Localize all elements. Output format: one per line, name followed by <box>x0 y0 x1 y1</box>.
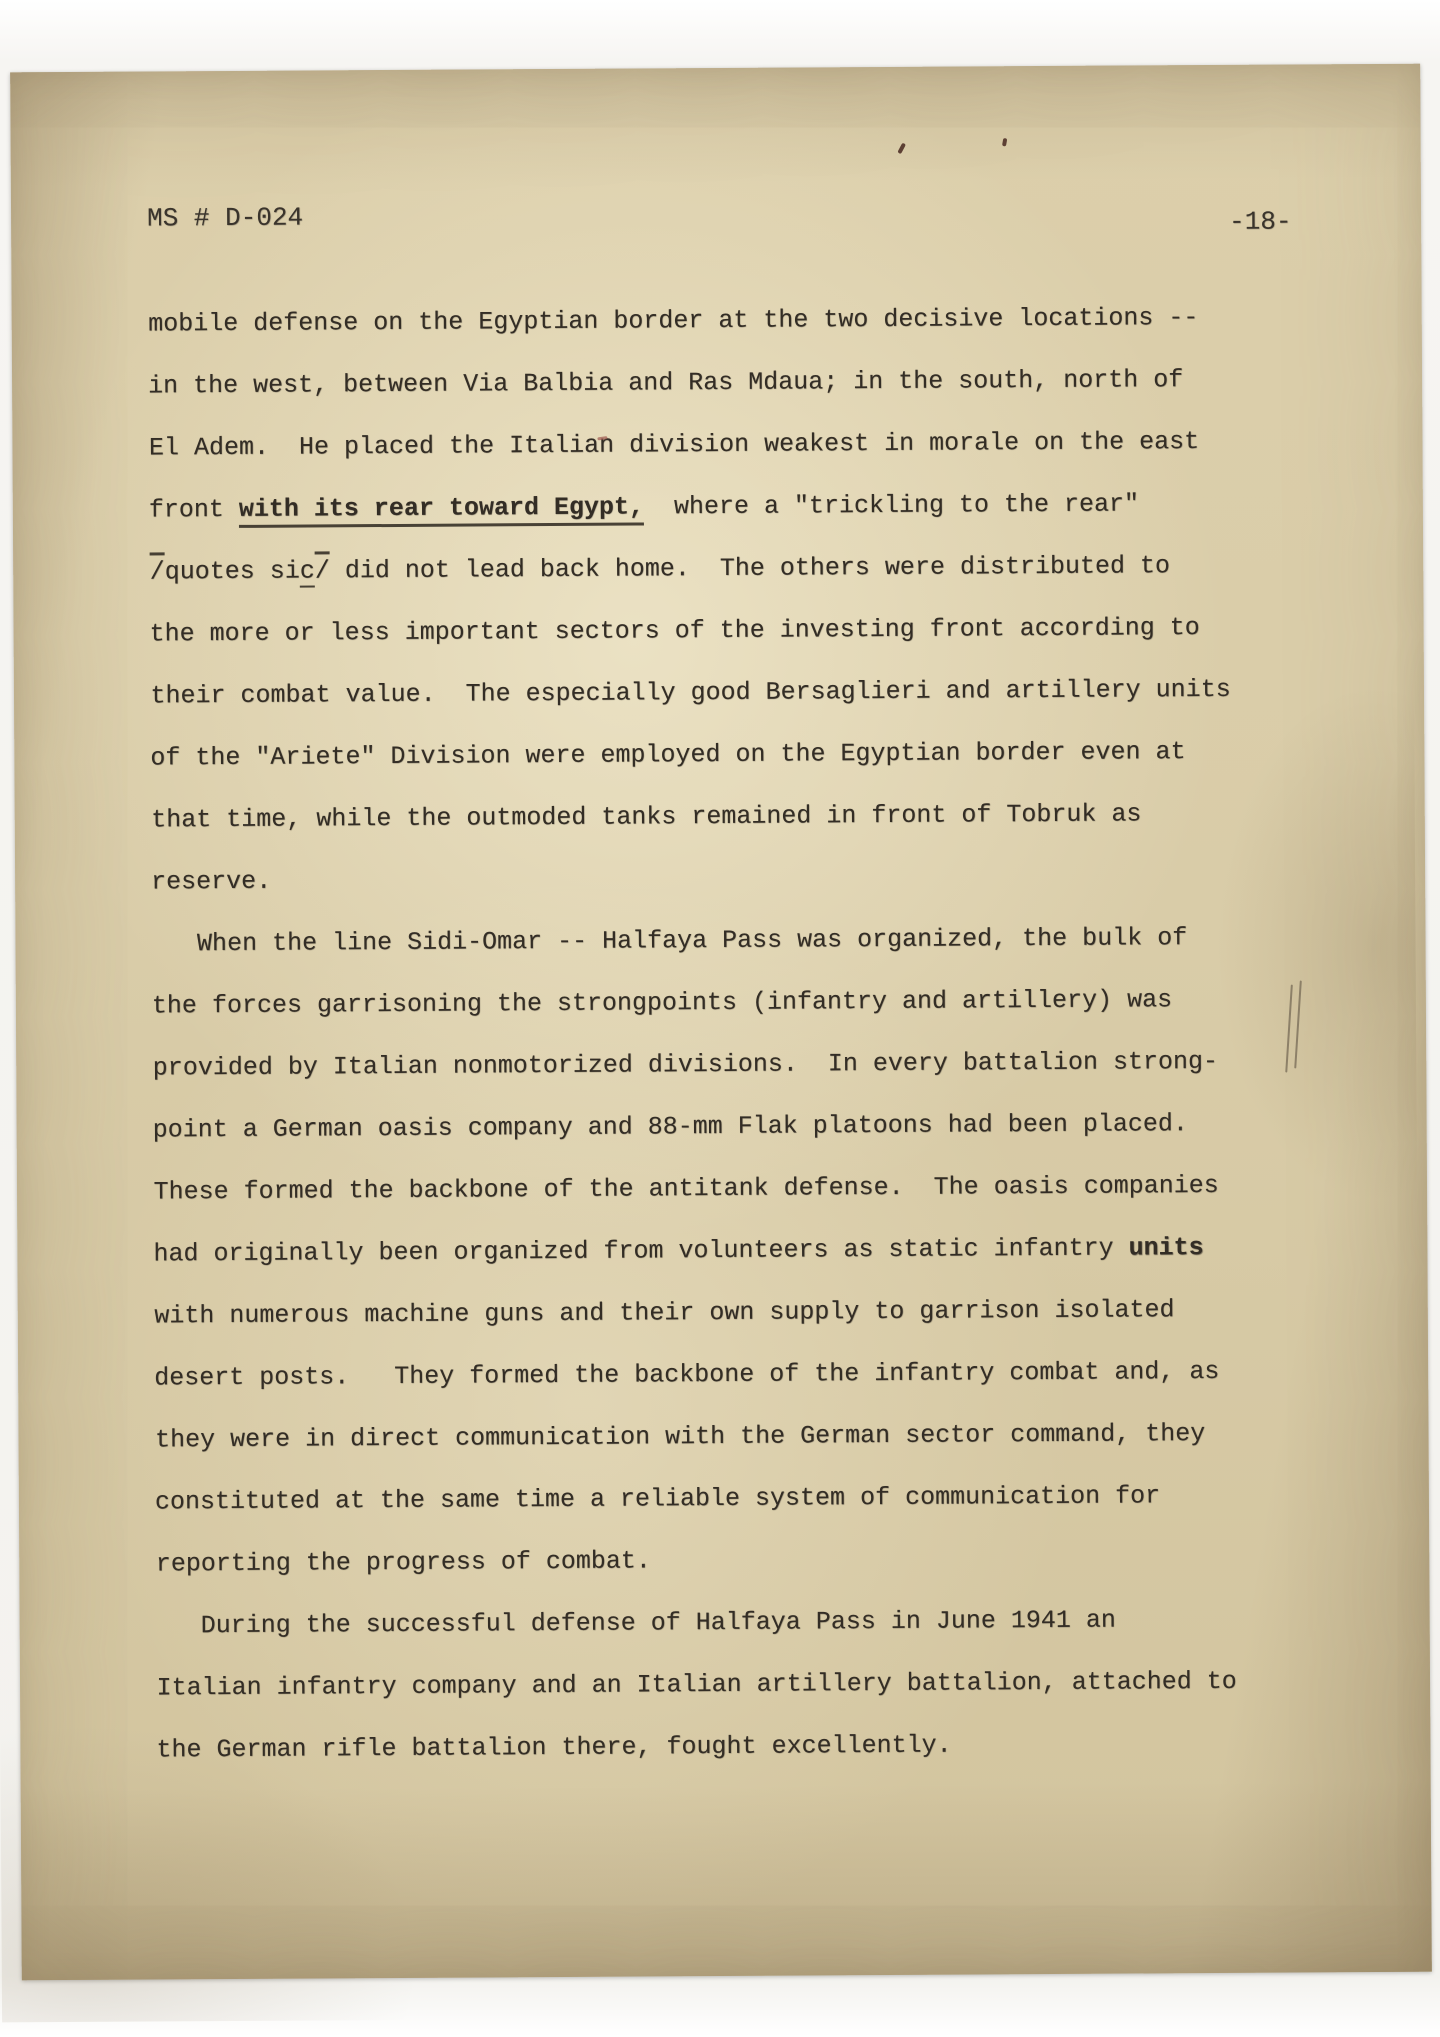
text-line: /quotes sic/ did not lead back home. The… <box>150 548 1310 617</box>
text-line: had originally been organized from volun… <box>153 1230 1313 1299</box>
text-line: Italian infantry company and an Italian … <box>156 1664 1316 1733</box>
text-line: front with its rear toward Egypt, where … <box>149 486 1309 555</box>
text-line: mobile defense on the Egyptian border at… <box>148 300 1308 369</box>
text-line: of the "Ariete" Division were employed o… <box>150 734 1310 803</box>
scan-surface: MS # D-024 -18- mobile defense on the Eg… <box>0 0 1440 2037</box>
ink-speck <box>897 143 906 155</box>
text-line: that time, while the outmoded tanks rema… <box>151 796 1311 865</box>
text-line: During the successful defense of Halfaya… <box>156 1602 1316 1671</box>
text-line: These formed the backbone of the antitan… <box>153 1168 1313 1237</box>
text-line: reserve. <box>151 858 1311 927</box>
text-line: in the west, between Via Balbia and Ras … <box>148 362 1308 431</box>
text-line: desert posts. They formed the backbone o… <box>154 1354 1314 1423</box>
text-line: When the line Sidi-Omar -- Halfaya Pass … <box>152 920 1312 989</box>
text-line: their combat value. The especially good … <box>150 672 1310 741</box>
text-line: reporting the progress of combat. <box>156 1540 1316 1609</box>
text-line: with numerous machine guns and their own… <box>154 1292 1314 1361</box>
document-id: MS # D-024 <box>147 203 303 234</box>
text-line: provided by Italian nonmotorized divisio… <box>153 1044 1313 1113</box>
page-number: -18- <box>1229 207 1292 237</box>
text-line: the more or less important sectors of th… <box>150 610 1310 679</box>
document-lines: mobile defense on the Egyptian border at… <box>148 300 1317 1795</box>
text-line: point a German oasis company and 88-mm F… <box>153 1106 1313 1175</box>
text-line: the forces garrisoning the strongpoints … <box>152 982 1312 1051</box>
text-line: they were in direct communication with t… <box>155 1416 1315 1485</box>
text-line: El Adem. He placed the Italian division … <box>149 424 1309 493</box>
scanned-page: MS # D-024 -18- mobile defense on the Eg… <box>10 64 1432 1981</box>
text-line: constituted at the same time a reliable … <box>155 1478 1315 1547</box>
ink-speck <box>1002 138 1007 147</box>
text-line: the German rifle battalion there, fought… <box>156 1726 1316 1795</box>
